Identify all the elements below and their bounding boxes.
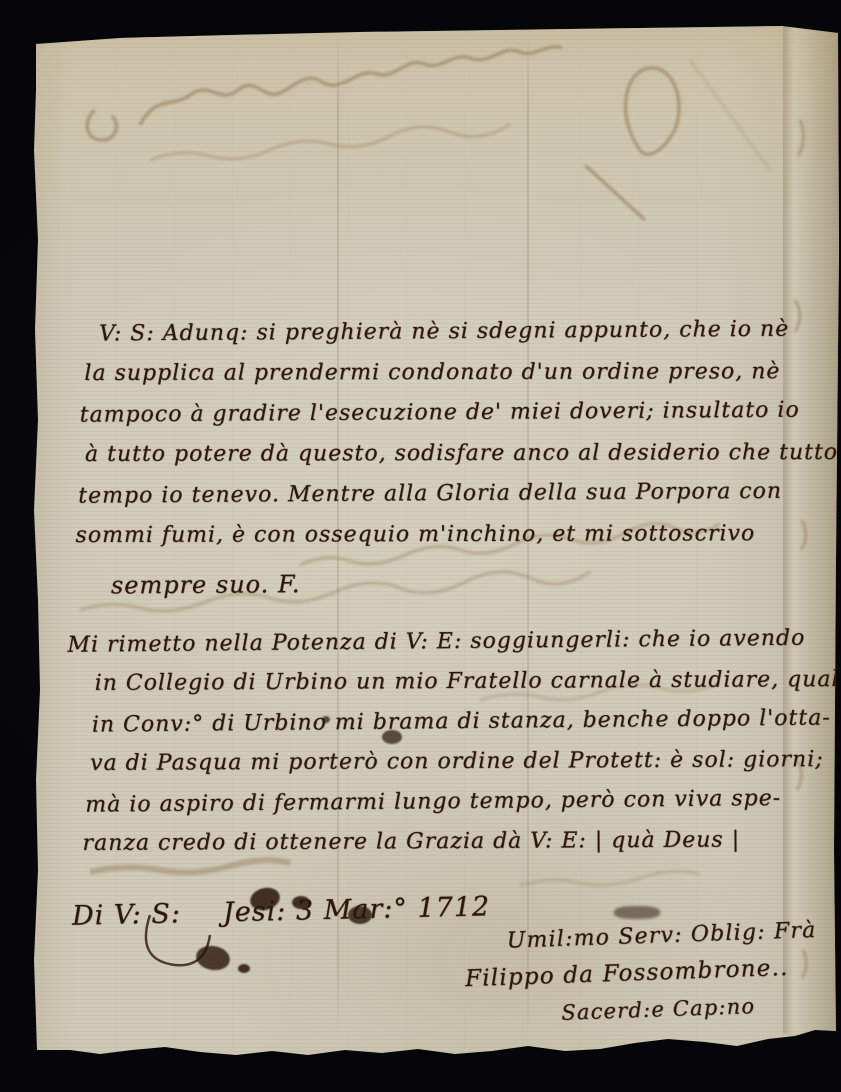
letter-paragraph-1: V: S: Adunq: si preghierà nè si sdegni a… [77, 309, 839, 606]
dateline-salutation: Di V: S: [72, 898, 182, 931]
letter-paragraph-2: Mi rimetto nella Potenza di V: E: soggiu… [61, 620, 841, 864]
ink-blot [292, 896, 310, 909]
ink-blot [348, 906, 372, 924]
signature-line: Sacerd:e Cap:no [561, 986, 820, 1032]
letter-paper-sheet: V: S: Adunq: si preghierà nè si sdegni a… [0, 0, 841, 1092]
letter-signature-block: Umil:mo Serv: Oblig: Frà Filippo da Foss… [463, 912, 819, 1035]
letter-dateline: Di V: S:Jesi: 3 Mar:° 1712 [72, 891, 491, 931]
letter-line: V: S: Adunq: si preghierà nè si sdegni a… [99, 309, 837, 355]
letter-line: la supplica al prendermi condonato d'un … [84, 351, 837, 393]
letter-line: in Collegio di Urbino un mio Fratello ca… [95, 660, 841, 704]
letter-line: Mi rimetto nella Potenza di V: E: soggiu… [67, 618, 841, 666]
letter-line: mà io aspiro di fermarmi lungo tempo, pe… [85, 778, 841, 825]
letter-closing-line: sempre suo. F. [111, 560, 839, 606]
letter-line: sommi fumi, è con ossequio m'inchino, et… [75, 514, 838, 556]
letter-line: in Conv:° di Urbino mi brama di stanza, … [92, 698, 841, 745]
ink-blot [322, 716, 330, 723]
letter-line: à tutto potere dà questo, sodisfare anco… [85, 432, 838, 474]
ink-blot [382, 730, 402, 744]
letter-line: tempo io tenevo. Mentre alla Gloria dell… [78, 471, 838, 517]
manuscript-photo: V: S: Adunq: si preghierà nè si sdegni a… [0, 0, 841, 1092]
letter-line: ranza credo di ottenere la Grazia dà V: … [82, 820, 841, 864]
ink-blot [238, 964, 250, 973]
letter-line: va di Pasqua mi porterò con ordine del P… [90, 740, 841, 784]
ink-smudge [614, 906, 660, 919]
ink-blot [194, 943, 232, 973]
letter-line: tampoco à gradire l'esecuzione de' miei … [80, 390, 838, 436]
dateline-gap [181, 921, 223, 922]
